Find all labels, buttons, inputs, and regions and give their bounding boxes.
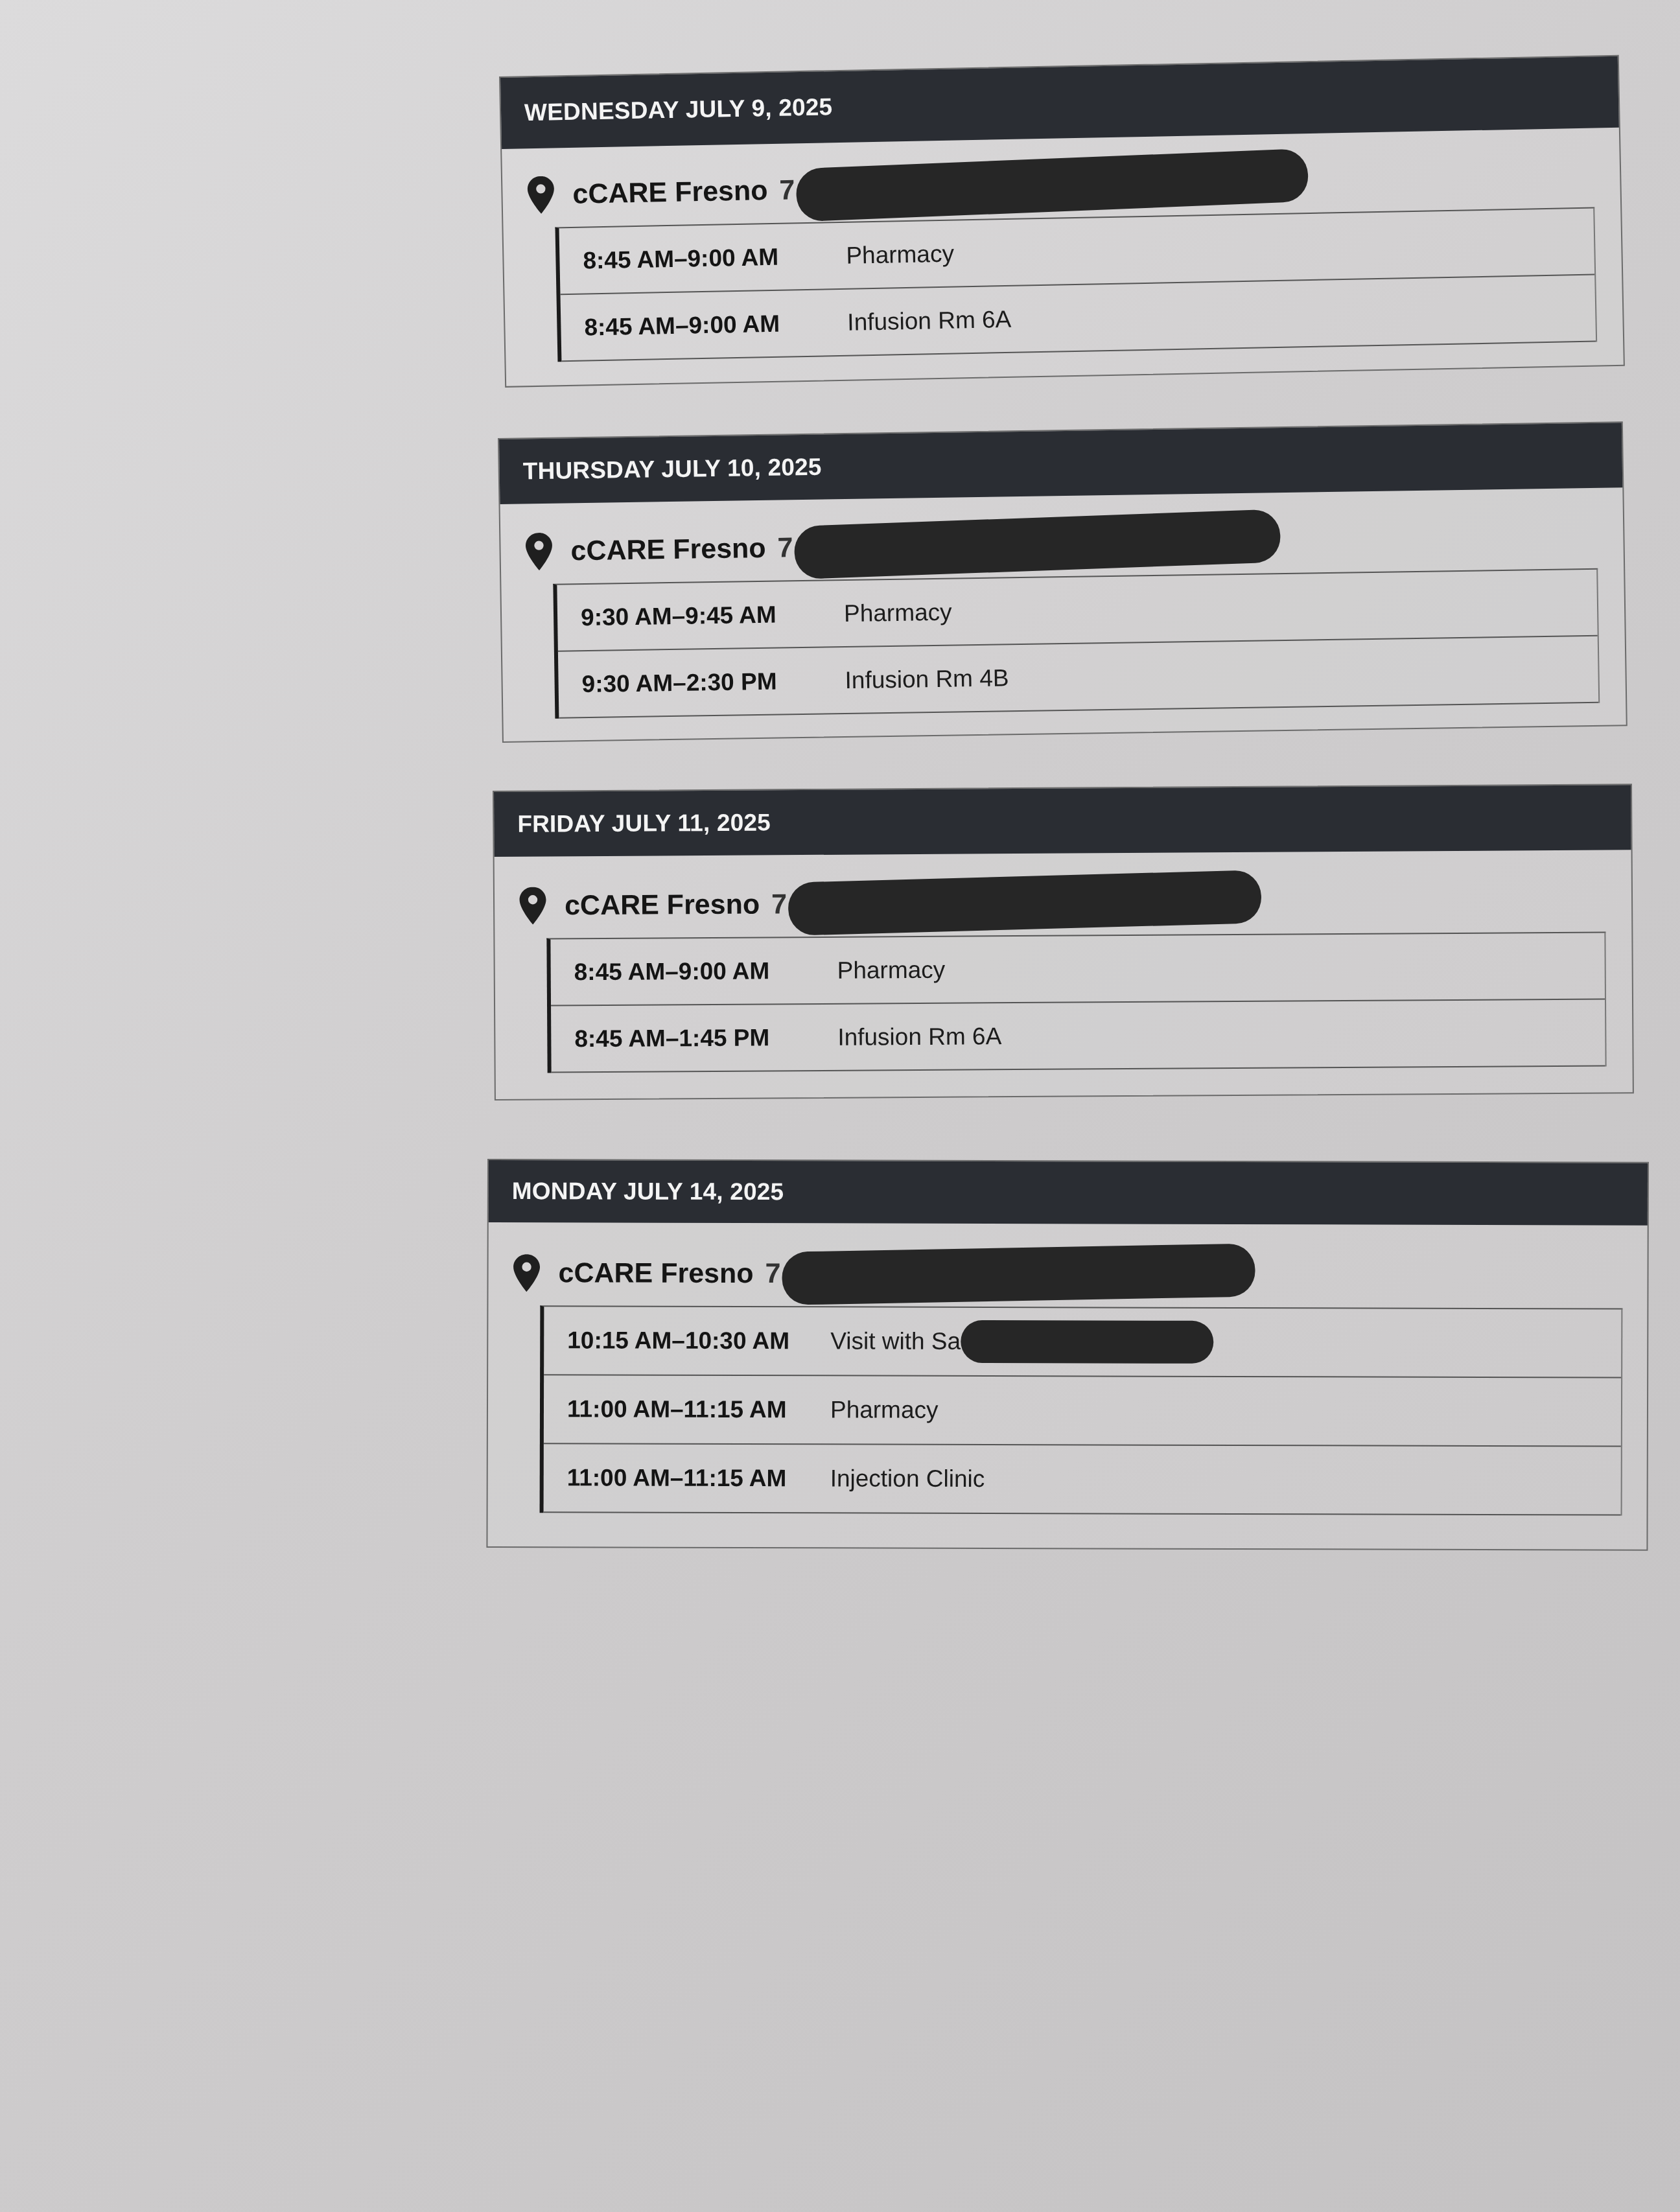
- appointment-row: 8:45 AM–1:45 PM Infusion Rm 6A: [551, 1000, 1605, 1073]
- day-card: THURSDAY JULY 10, 2025 cCARE Fresno 7 9:…: [498, 421, 1627, 743]
- location-name: cCARE Fresno: [570, 532, 766, 566]
- appointment-time: 11:00 AM–11:15 AM: [567, 1395, 830, 1423]
- schedule-printout: WEDNESDAY JULY 9, 2025 cCARE Fresno 7 8:…: [0, 0, 1680, 2212]
- appointment-row: 11:00 AM–11:15 AM Pharmacy: [544, 1375, 1621, 1447]
- appointment-description: Pharmacy: [846, 240, 954, 269]
- redaction-bar: [782, 1243, 1255, 1305]
- day-card: WEDNESDAY JULY 9, 2025 cCARE Fresno 7 8:…: [499, 55, 1625, 388]
- location-row: cCARE Fresno 7: [488, 1240, 1647, 1309]
- appointment-time: 11:00 AM–11:15 AM: [567, 1464, 830, 1492]
- appointment-list: 9:30 AM–9:45 AM Pharmacy 9:30 AM–2:30 PM…: [553, 568, 1600, 719]
- appointment-description: Infusion Rm 6A: [847, 305, 1012, 336]
- location-address: 7: [777, 532, 793, 564]
- redaction-bar: [961, 1320, 1213, 1364]
- map-pin-icon: [513, 1254, 540, 1292]
- day-date-label: THURSDAY JULY 10, 2025: [522, 454, 822, 485]
- appointment-time: 9:30 AM–2:30 PM: [581, 667, 845, 698]
- redaction-bar: [795, 148, 1309, 222]
- appointment-description: Infusion Rm 6A: [837, 1023, 1001, 1051]
- day-date-label: MONDAY JULY 14, 2025: [512, 1178, 784, 1205]
- appointment-time: 10:15 AM–10:30 AM: [567, 1327, 830, 1355]
- location-row: cCARE Fresno 7: [495, 867, 1632, 938]
- day-card: MONDAY JULY 14, 2025 cCARE Fresno 7 10:1…: [486, 1159, 1649, 1551]
- day-header: WEDNESDAY JULY 9, 2025: [500, 56, 1619, 149]
- appointment-time: 8:45 AM–9:00 AM: [574, 957, 837, 985]
- day-header: FRIDAY JULY 11, 2025: [494, 785, 1631, 857]
- location-address: 7: [765, 1258, 781, 1290]
- appointment-description: Visit with Sa: [830, 1320, 1213, 1364]
- appointment-time: 9:30 AM–9:45 AM: [581, 600, 845, 631]
- day-date-label: WEDNESDAY JULY 9, 2025: [524, 93, 833, 126]
- appointment-row: 11:00 AM–11:15 AM Injection Clinic: [544, 1444, 1621, 1515]
- map-pin-icon: [527, 176, 555, 214]
- day-header: MONDAY JULY 14, 2025: [489, 1160, 1648, 1226]
- appointment-list: 8:45 AM–9:00 AM Pharmacy 8:45 AM–1:45 PM…: [546, 932, 1606, 1073]
- appointment-row: 10:15 AM–10:30 AM Visit with Sa: [544, 1307, 1621, 1378]
- appointment-time: 8:45 AM–9:00 AM: [584, 309, 848, 341]
- appointment-list: 8:45 AM–9:00 AM Pharmacy 8:45 AM–9:00 AM…: [555, 207, 1597, 362]
- appointment-description-text: Visit with Sa: [830, 1327, 961, 1355]
- appointment-description: Pharmacy: [830, 1396, 939, 1423]
- redaction-bar: [787, 870, 1262, 936]
- appointment-time: 8:45 AM–1:45 PM: [574, 1023, 837, 1052]
- map-pin-icon: [525, 533, 553, 571]
- appointment-description: Pharmacy: [837, 956, 946, 984]
- location-name: cCARE Fresno: [572, 175, 768, 211]
- location-name: cCARE Fresno: [558, 1257, 753, 1290]
- day-date-label: FRIDAY JULY 11, 2025: [517, 809, 771, 837]
- map-pin-icon: [519, 887, 546, 924]
- location-name: cCARE Fresno: [565, 889, 760, 922]
- appointment-time: 8:45 AM–9:00 AM: [583, 242, 846, 274]
- appointment-list: 10:15 AM–10:30 AM Visit with Sa 11:00 AM…: [540, 1305, 1623, 1515]
- appointment-description: Injection Clinic: [830, 1465, 985, 1493]
- location-address: 7: [771, 889, 787, 920]
- day-card: FRIDAY JULY 11, 2025 cCARE Fresno 7 8:45…: [493, 784, 1634, 1100]
- appointment-description: Pharmacy: [844, 598, 952, 627]
- redaction-bar: [793, 509, 1281, 579]
- appointment-description: Infusion Rm 4B: [845, 664, 1009, 694]
- location-address: 7: [779, 174, 795, 206]
- appointment-row: 8:45 AM–9:00 AM Pharmacy: [550, 933, 1605, 1007]
- day-header: THURSDAY JULY 10, 2025: [499, 423, 1622, 504]
